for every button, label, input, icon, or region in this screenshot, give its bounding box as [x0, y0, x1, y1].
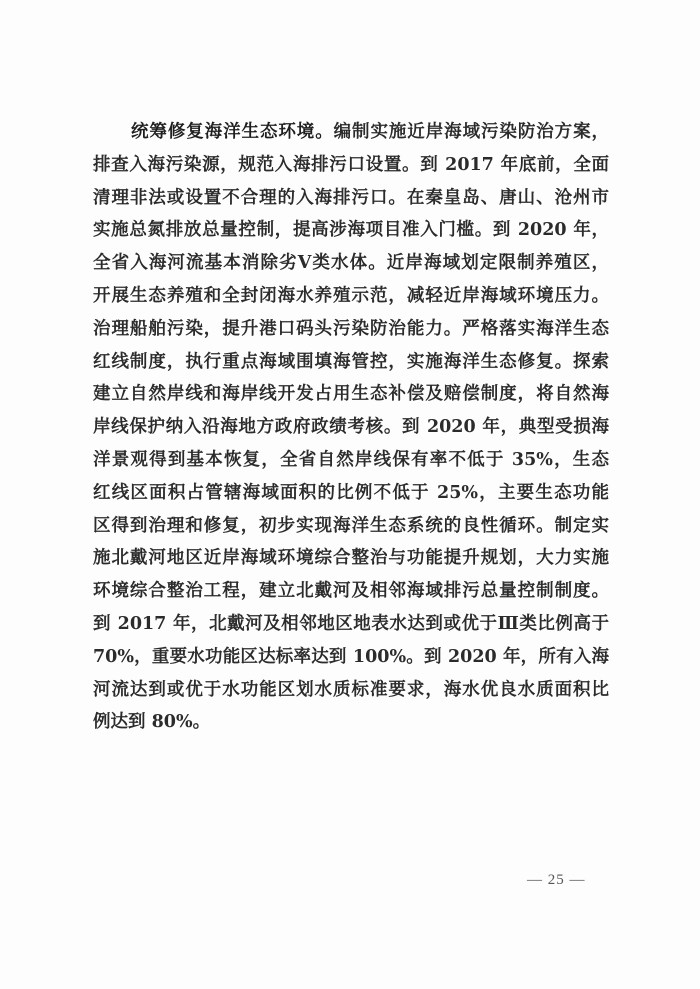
paragraph-line: 环境综合整治工程，建立北戴河及相邻海域排污总量控制制度。: [93, 575, 609, 608]
paragraph-line: 河流达到或优于水功能区划水质标准要求，海水优良水质面积比: [93, 674, 609, 707]
paragraph-line: 洋景观得到基本恢复，全省自然岸线保有率不低于 35%，生态: [93, 444, 609, 477]
paragraph-heading: 统筹修复海洋生态环境。: [131, 122, 334, 142]
paragraph-line: 清理非法或设置不合理的入海排污口。在秦皇岛、唐山、沧州市: [93, 182, 609, 215]
paragraph-line: 全省入海河流基本消除劣Ⅴ类水体。近岸海域划定限制养殖区，: [93, 247, 609, 280]
paragraph-line: 治理船舶污染，提升港口码头污染防治能力。严格落实海洋生态: [93, 313, 609, 346]
paragraph-line: 排查入海污染源，规范入海排污口设置。到 2017 年底前，全面: [93, 149, 609, 182]
paragraph-line: 实施总氮排放总量控制，提高涉海项目准入门槛。到 2020 年，: [93, 214, 609, 247]
paragraph-line: 施北戴河地区近岸海域环境综合整治与功能提升规划，大力实施: [93, 542, 609, 575]
body-paragraph: 统筹修复海洋生态环境。编制实施近岸海域污染防治方案， 排查入海污染源，规范入海排…: [93, 116, 609, 739]
paragraph-line: 建立自然岸线和海岸线开发占用生态补偿及赔偿制度，将自然海: [93, 378, 609, 411]
paragraph-line-last: 例达到 80%。: [93, 706, 609, 739]
paragraph-line: 岸线保护纳入沿海地方政府政绩考核。到 2020 年，典型受损海: [93, 411, 609, 444]
paragraph-line: 开展生态养殖和全封闭海水养殖示范，减轻近岸海域环境压力。: [93, 280, 609, 313]
paragraph-line: 区得到治理和修复，初步实现海洋生态系统的良性循环。制定实: [93, 510, 609, 543]
paragraph-line-1: 统筹修复海洋生态环境。编制实施近岸海域污染防治方案，: [93, 116, 609, 149]
page-number: — 25 —: [527, 872, 586, 889]
paragraph-line: 70%，重要水功能区达标率达到 100%。到 2020 年，所有入海: [93, 641, 609, 674]
document-page: 统筹修复海洋生态环境。编制实施近岸海域污染防治方案， 排查入海污染源，规范入海排…: [0, 0, 700, 989]
paragraph-line-text: 编制实施近岸海域污染防治方案，: [334, 122, 609, 142]
paragraph-line: 红线制度，执行重点海域围填海管控，实施海洋生态修复。探索: [93, 346, 609, 379]
paragraph-line: 到 2017 年，北戴河及相邻地区地表水达到或优于Ⅲ类比例高于: [93, 608, 609, 641]
paragraph-line: 红线区面积占管辖海域面积的比例不低于 25%，主要生态功能: [93, 477, 609, 510]
